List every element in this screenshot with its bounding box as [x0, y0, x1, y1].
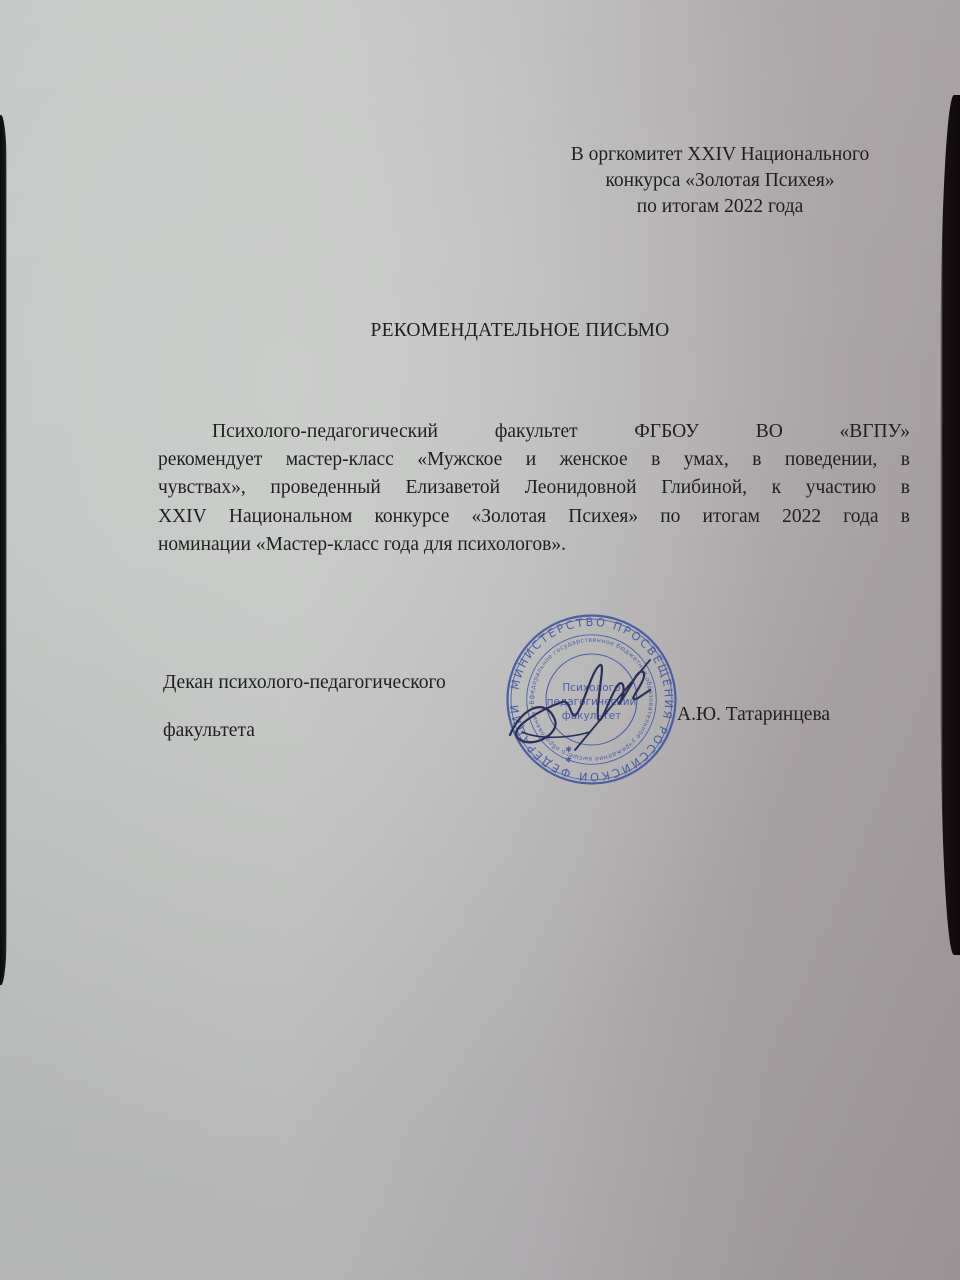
handwritten-signature-icon [500, 640, 670, 760]
word: ВО [756, 418, 783, 446]
signer-name: А.Ю. Татаринцева [677, 704, 830, 726]
word: в [901, 503, 910, 531]
word: по [660, 503, 680, 531]
word: Глибиной, [661, 474, 747, 502]
word: мастер-класс [286, 446, 394, 474]
word: рекомендует [158, 446, 262, 474]
word: в [651, 446, 660, 474]
word: умах, [684, 446, 729, 474]
word: «Золотая [472, 503, 547, 531]
word: участию [806, 474, 876, 502]
word: в [901, 446, 910, 474]
addressee-line: по итогам 2022 года [520, 194, 920, 220]
body-line: чувствах», проведенный Елизаветой Леонид… [158, 474, 910, 502]
word: поведении, [785, 446, 877, 474]
word: номинации «Мастер-класс года для психоло… [158, 531, 566, 559]
word: и [526, 446, 536, 474]
word: факультет [495, 418, 578, 446]
word: «ВГПУ» [840, 418, 910, 446]
body-line: XXIV Национальном конкурсе «Золотая Псих… [158, 503, 910, 531]
word: Национальном [229, 503, 352, 531]
signer-position-line2: факультета [163, 720, 255, 742]
word: к [772, 474, 781, 502]
word: итогам [703, 503, 760, 531]
word: в [752, 446, 761, 474]
body-line: рекомендует мастер-класс «Мужское и женс… [158, 446, 910, 474]
word: «Мужское [417, 446, 502, 474]
word: конкурсе [374, 503, 449, 531]
word: Елизаветой [405, 474, 500, 502]
word: 2022 [782, 503, 821, 531]
page-shadow-right [940, 95, 960, 955]
word: XXIV [158, 503, 207, 531]
word: Леонидовной [525, 474, 637, 502]
page-shadow-left [0, 115, 7, 985]
word: чувствах», [158, 474, 246, 502]
word: женское [560, 446, 628, 474]
body-line: Психолого-педагогический факультет ФГБОУ… [158, 418, 910, 446]
signer-position-line1: Декан психолого-педагогического [163, 672, 446, 694]
word: Психолого-педагогический [212, 418, 438, 446]
document-title: РЕКОМЕНДАТЕЛЬНОЕ ПИСЬМО [330, 320, 710, 342]
word: в [901, 474, 910, 502]
word: Психея» [568, 503, 638, 531]
word: проведенный [270, 474, 380, 502]
word: года [843, 503, 878, 531]
addressee-line: В оргкомитет XXIV Национального [520, 142, 920, 168]
addressee-block: В оргкомитет XXIV Национального конкурса… [520, 142, 920, 220]
body-line: номинации «Мастер-класс года для психоло… [158, 531, 910, 559]
addressee-line: конкурса «Золотая Психея» [520, 168, 920, 194]
word: ФГБОУ [634, 418, 699, 446]
body-paragraph: Психолого-педагогический факультет ФГБОУ… [158, 418, 910, 559]
